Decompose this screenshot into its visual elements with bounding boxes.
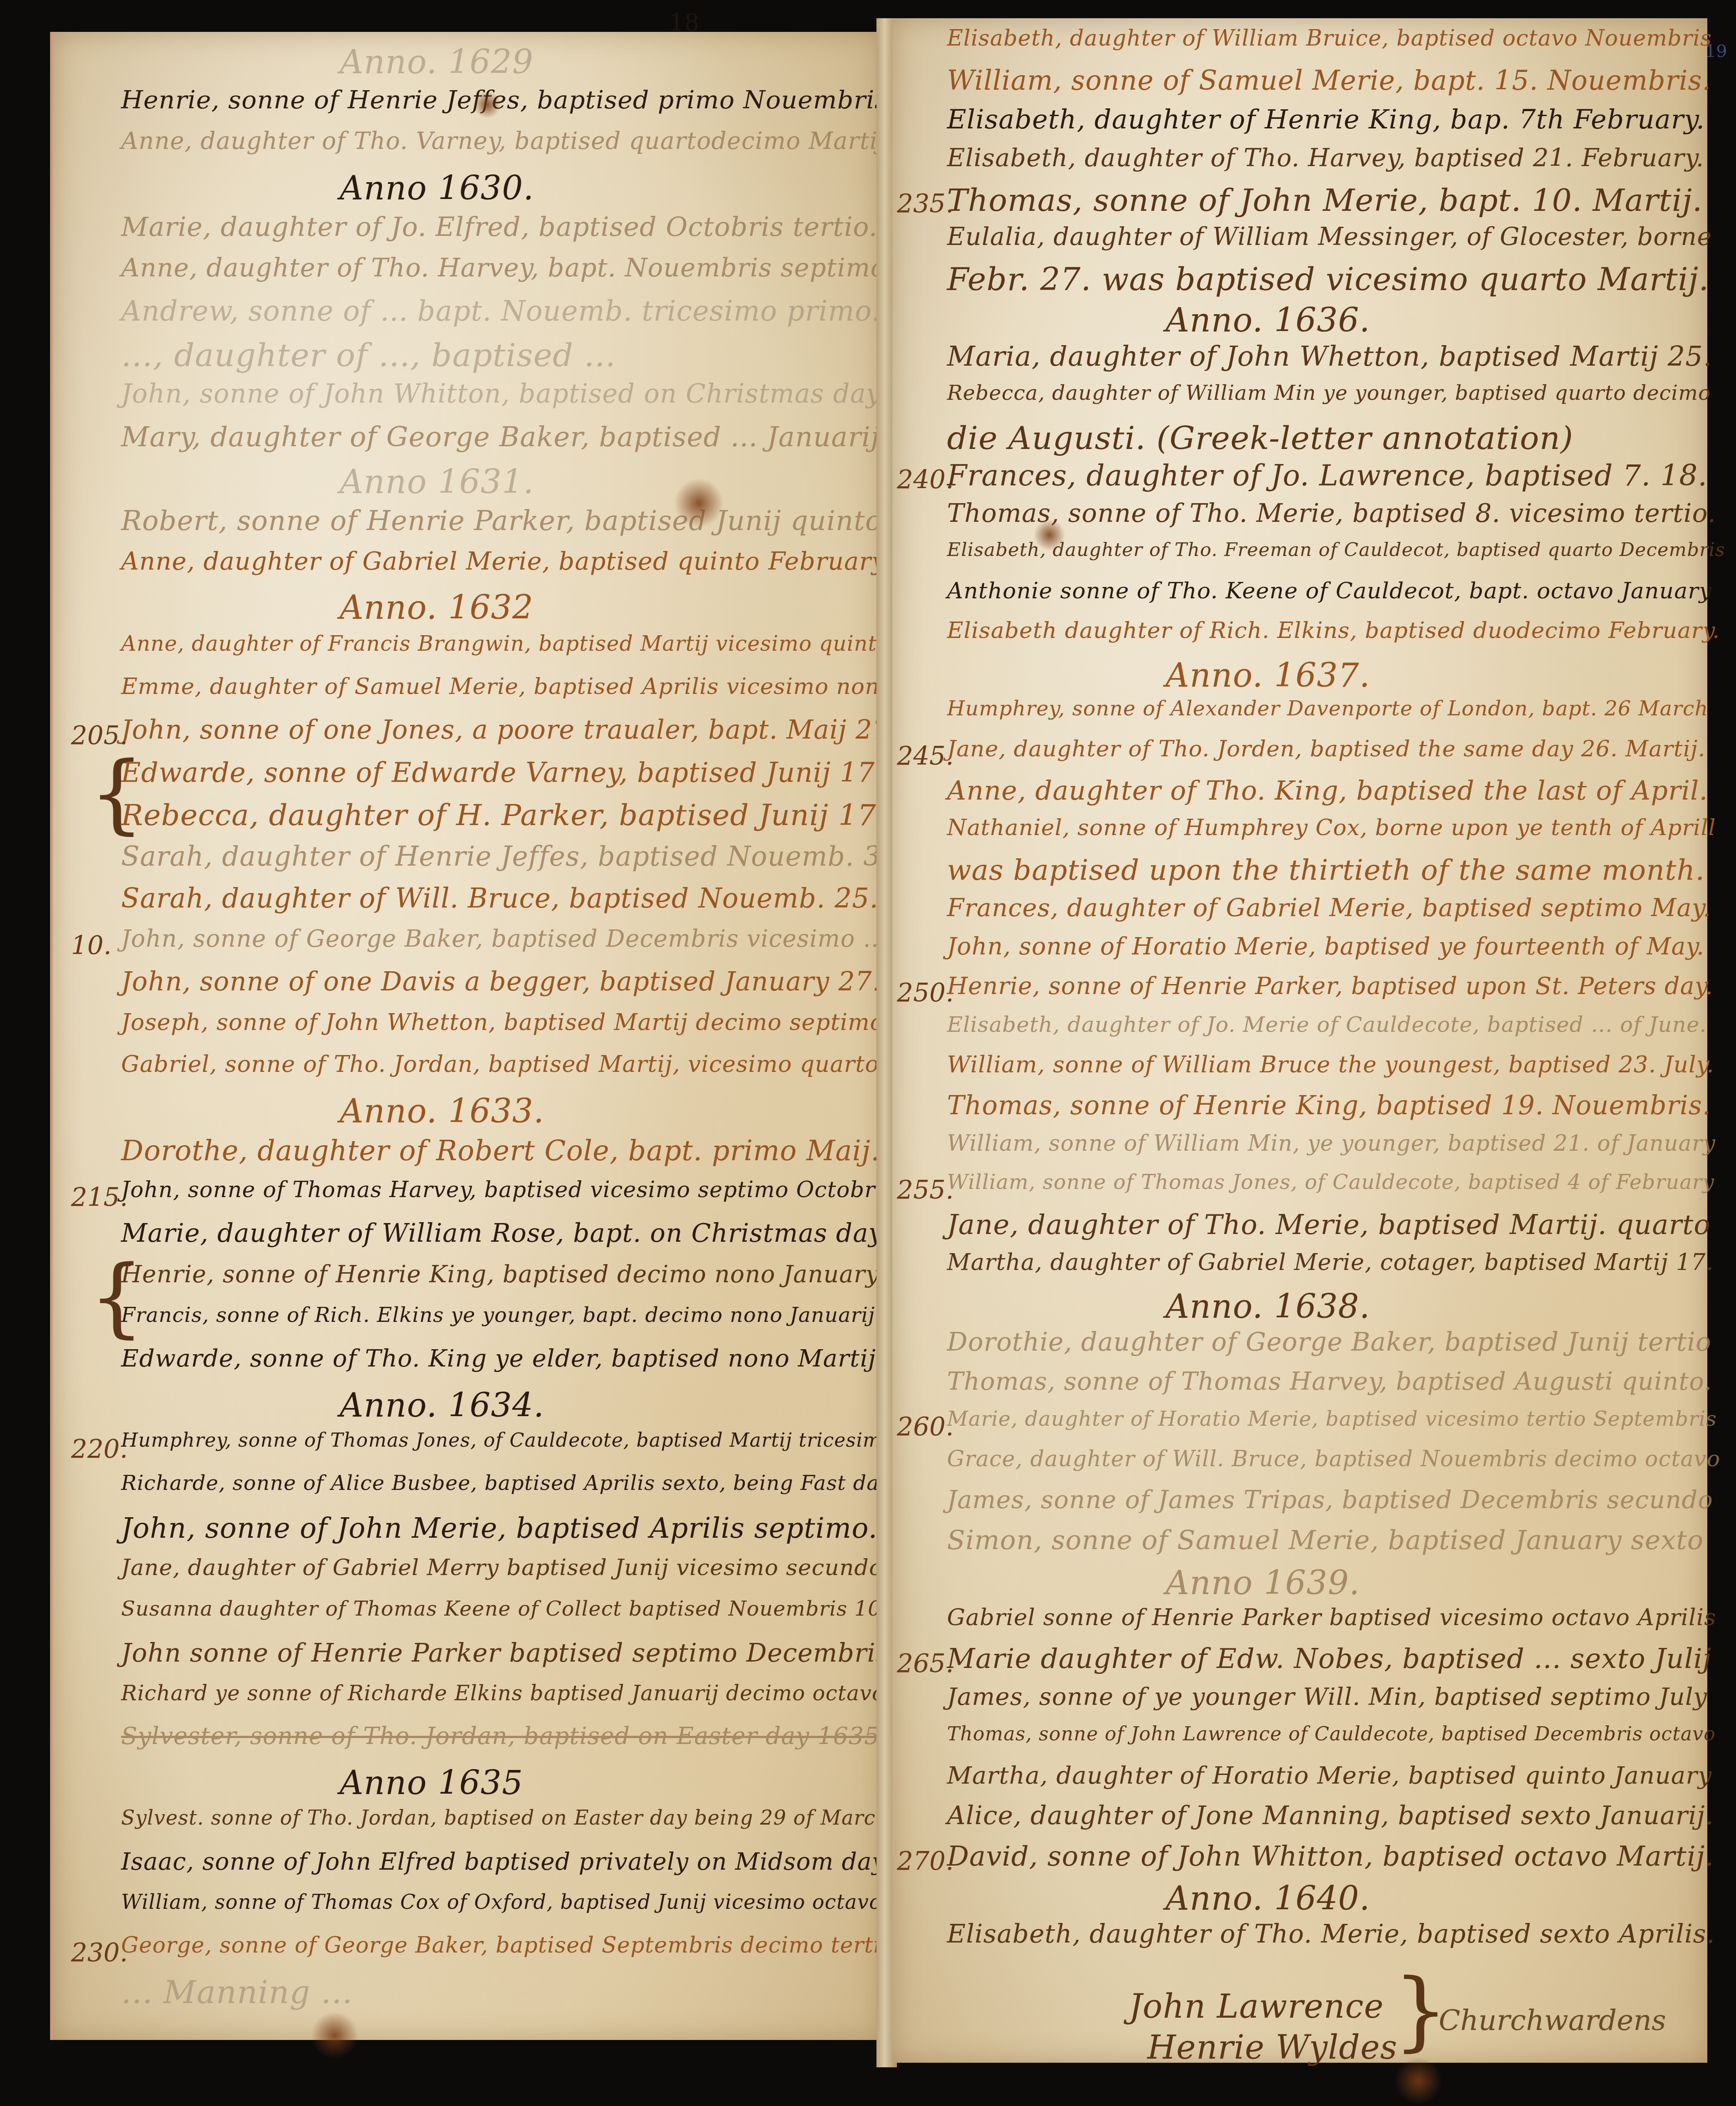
baptism-entry: Humphrey, sonne of Alexander Davenporte …: [947, 698, 1708, 719]
baptism-entry: Henrie, sonne of Henrie Parker, baptised…: [947, 974, 1713, 998]
baptism-entry: Anne, daughter of Tho. King, baptised th…: [947, 777, 1708, 804]
baptism-entry: Francis, sonne of Rich. Elkins ye younge…: [121, 1305, 882, 1325]
baptism-entry: Eulalia, daughter of William Messinger, …: [947, 224, 1712, 249]
baptism-entry: Dorothe, daughter of Robert Cole, bapt. …: [121, 1137, 880, 1165]
baptism-entry: Thomas, sonne of Henrie King, baptised 1…: [947, 1093, 1711, 1119]
baptism-entry: Edwarde, sonne of Tho. King ye elder, ba…: [121, 1346, 884, 1371]
margin-count: 235.: [897, 189, 954, 219]
year-heading: Anno. 1637.: [1166, 659, 1370, 692]
baptism-entry: Emme, daughter of Samuel Merie, baptised…: [121, 675, 894, 698]
baptism-entry: John, sonne of one Davis a begger, bapti…: [121, 969, 881, 995]
baptism-entry: John, sonne of John Whitton, baptised on…: [121, 381, 886, 407]
baptism-entry: Susanna daughter of Thomas Keene of Coll…: [121, 1598, 881, 1619]
baptism-entry: Frances, daughter of Gabriel Merie, bapt…: [947, 896, 1711, 920]
baptism-entry: Richard ye sonne of Richarde Elkins bapt…: [121, 1683, 885, 1703]
ink-stain: [473, 91, 501, 118]
baptism-entry: Edwarde, sonne of Edwarde Varney, baptis…: [121, 759, 884, 786]
baptism-entry: Elisabeth, daughter of Henrie King, bap.…: [947, 106, 1705, 133]
baptism-entry: John, sonne of Thomas Harvey, baptised v…: [121, 1179, 895, 1201]
baptism-entry: Dorothie, daughter of George Baker, bapt…: [947, 1330, 1711, 1355]
page-number-left: 18: [669, 9, 699, 36]
baptism-entry: Sylvester, sonne of Tho. Jordan, baptise…: [121, 1724, 880, 1748]
baptism-entry: was baptised upon the thirtieth of the s…: [947, 856, 1705, 884]
margin-count: 255.: [897, 1175, 954, 1205]
year-heading: Anno. 1638.: [1166, 1290, 1370, 1323]
baptism-entry: Thomas, sonne of Thomas Harvey, baptised…: [947, 1369, 1712, 1394]
baptism-entry: John, sonne of John Merie, baptised Apri…: [121, 1514, 878, 1542]
left-page-entries: Anno. 1629Henrie, sonne of Henrie Jeffes…: [53, 32, 881, 2040]
year-heading: Anno. 1636.: [1166, 304, 1370, 337]
baptism-entry: Maria, daughter of John Whetton, baptise…: [947, 343, 1712, 370]
baptism-entry: Gabriel sonne of Henrie Parker baptised …: [947, 1606, 1716, 1629]
ink-stain: [1033, 519, 1065, 551]
baptism-entry: Marie, daughter of William Rose, bapt. o…: [121, 1221, 889, 1246]
year-heading: Anno 1630.: [340, 172, 534, 204]
baptism-entry: Elisabeth daughter of Rich. Elkins, bapt…: [947, 619, 1720, 642]
baptism-entry: Sarah, daughter of Henrie Jeffes, baptis…: [121, 843, 890, 870]
baptism-entry: John, sonne of one Jones, a poore traual…: [121, 717, 890, 743]
baptism-entry: Martha, daughter of Gabriel Merie, cotag…: [947, 1251, 1714, 1274]
ink-stain: [674, 478, 724, 528]
baptism-entry: Sylvest. sonne of Tho. Jordan, baptised …: [121, 1808, 889, 1828]
year-heading: Anno 1639.: [1166, 1566, 1360, 1599]
baptism-entry: James, sonne of James Tripas, baptised D…: [947, 1488, 1713, 1512]
baptism-entry: James, sonne of ye younger Will. Min, ba…: [947, 1685, 1707, 1709]
page-number-right: 19: [1705, 41, 1727, 61]
year-heading: Anno 1631.: [340, 465, 534, 498]
entry-bracket: {: [89, 1254, 144, 1340]
year-heading: Anno. 1640.: [1166, 1882, 1370, 1915]
signature-2: Henrie Wyldes: [1147, 2031, 1397, 2064]
baptism-entry: Elisabeth, daughter of Tho. Freeman of C…: [947, 541, 1725, 559]
baptism-entry: Thomas, sonne of John Lawrence of Caulde…: [947, 1724, 1716, 1744]
margin-count: 230.: [71, 1938, 128, 1968]
baptism-entry: George, sonne of George Baker, baptised …: [121, 1934, 895, 1956]
baptism-entry: Henrie, sonne of Henrie King, baptised d…: [121, 1263, 880, 1286]
year-heading: Anno. 1633.: [340, 1095, 545, 1127]
register-spread: Anno. 1629Henrie, sonne of Henrie Jeffes…: [0, 0, 1736, 2106]
baptism-entry: ... Manning ...: [121, 1976, 353, 2008]
year-heading: Anno. 1634.: [340, 1389, 545, 1422]
year-heading: Anno. 1632: [340, 591, 534, 624]
baptism-entry: Simon, sonne of Samuel Merie, baptised J…: [947, 1527, 1704, 1553]
baptism-entry: Robert, sonne of Henrie Parker, baptised…: [121, 507, 882, 535]
margin-count: 220.: [71, 1434, 128, 1464]
baptism-entry: Richarde, sonne of Alice Busbee, baptise…: [121, 1473, 891, 1493]
baptism-entry: Henrie, sonne of Henrie Jeffes, baptised…: [121, 87, 888, 112]
margin-count: 270.: [897, 1846, 954, 1876]
baptism-entry: Anne, daughter of Francis Brangwin, bapt…: [121, 633, 890, 654]
baptism-entry: Humphrey, sonne of Thomas Jones, of Caul…: [121, 1431, 893, 1450]
baptism-entry: William, sonne of William Bruce the youn…: [947, 1053, 1714, 1076]
baptism-entry: Andrew, sonne of ... bapt. Nouemb. trice…: [121, 297, 881, 325]
year-heading: Anno. 1629: [340, 46, 534, 78]
baptism-entry: Anthonie sonne of Tho. Keene of Cauldeco…: [947, 580, 1712, 602]
baptism-entry: Elisabeth, daughter of Tho. Merie, bapti…: [947, 1922, 1715, 1947]
margin-count: 265.: [897, 1649, 954, 1678]
baptism-entry: Alice, daughter of Jone Manning, baptise…: [947, 1803, 1714, 1829]
left-page: Anno. 1629Henrie, sonne of Henrie Jeffes…: [50, 32, 881, 2040]
baptism-entry: die Augusti. (Greek-letter annotation): [947, 422, 1573, 454]
ink-stain: [310, 2013, 360, 2058]
baptism-entry: Isaac, sonne of John Elfred baptised pri…: [121, 1850, 886, 1874]
margin-count: 250.: [897, 978, 954, 1008]
baptism-entry: Elisabeth, daughter of Jo. Merie of Caul…: [947, 1014, 1707, 1035]
baptism-entry: Nathaniel, sonne of Humphrey Cox, borne …: [947, 816, 1716, 839]
baptism-entry: William, sonne of Thomas Cox of Oxford, …: [121, 1892, 881, 1912]
baptism-entry: Grace, daughter of Will. Bruce, baptised…: [947, 1448, 1721, 1470]
baptism-entry: Anne, daughter of Tho. Harvey, bapt. Nou…: [121, 255, 886, 281]
baptism-entry: Elisabeth, daughter of William Bruice, b…: [947, 27, 1712, 49]
right-page-entries: Elisabeth, daughter of William Bruice, b…: [892, 18, 1707, 2063]
signature-1: John Lawrence: [1129, 1990, 1384, 2023]
baptism-entry: Frances, daughter of Jo. Lawrence, bapti…: [947, 461, 1707, 490]
ink-stain: [1393, 2058, 1443, 2104]
baptism-entry: Jane, daughter of Gabriel Merry baptised…: [121, 1556, 883, 1579]
baptism-entry: ..., daughter of ..., baptised ...: [121, 339, 616, 371]
baptism-entry: Thomas, sonne of Tho. Merie, baptised 8.…: [947, 501, 1716, 526]
baptism-entry: Mary, daughter of George Baker, baptised…: [121, 423, 880, 451]
year-heading: Anno 1635: [340, 1766, 523, 1799]
baptism-entry: Elisabeth, daughter of Tho. Harvey, bapt…: [947, 146, 1704, 170]
baptism-entry: Febr. 27. was baptised vicesimo quarto M…: [947, 264, 1709, 296]
baptism-entry: Rebecca, daughter of H. Parker, baptised…: [121, 801, 886, 830]
margin-count: 10.: [71, 931, 112, 960]
baptism-entry: Marie daughter of Edw. Nobes, baptised .…: [947, 1645, 1711, 1673]
baptism-entry: John, sonne of George Baker, baptised De…: [121, 927, 887, 951]
baptism-entry: Anne, daughter of Tho. Varney, baptised …: [121, 129, 886, 153]
baptism-entry: William, sonne of Thomas Jones, of Cauld…: [947, 1172, 1715, 1192]
baptism-entry: William, sonne of William Min, ye younge…: [947, 1132, 1716, 1154]
margin-count: 260.: [897, 1412, 954, 1442]
baptism-entry: Joseph, sonne of John Whetton, baptised …: [121, 1011, 891, 1034]
baptism-entry: Rebecca, daughter of William Min ye youn…: [947, 382, 1711, 403]
baptism-entry: John, sonne of Horatio Merie, baptised y…: [947, 935, 1705, 959]
baptism-entry: Marie, daughter of Jo. Elfred, baptised …: [121, 214, 878, 240]
baptism-entry: Martha, daughter of Horatio Merie, bapti…: [947, 1764, 1712, 1788]
baptism-entry: John sonne of Henrie Parker baptised sep…: [121, 1641, 889, 1666]
margin-count: 215.: [71, 1183, 128, 1212]
baptism-entry: Jane, daughter of Tho. Jorden, baptised …: [947, 738, 1705, 760]
baptism-entry: Marie, daughter of Horatio Merie, baptis…: [947, 1408, 1717, 1429]
right-page: Elisabeth, daughter of William Bruice, b…: [892, 18, 1707, 2063]
baptism-entry: Thomas, sonne of John Merie, bapt. 10. M…: [947, 185, 1703, 216]
baptism-entry: Anne, daughter of Gabriel Merie, baptise…: [121, 549, 886, 574]
margin-count: 245.: [897, 741, 954, 771]
baptism-entry: Sarah, daughter of Will. Bruce, baptised…: [121, 885, 879, 912]
baptism-entry: David, sonne of John Whitton, baptised o…: [947, 1843, 1714, 1870]
margin-count: 240.: [897, 465, 954, 495]
baptism-entry: Jane, daughter of Tho. Merie, baptised M…: [947, 1211, 1711, 1239]
signature-caption: Churchwardens: [1439, 2004, 1666, 2037]
baptism-entry: William, sonne of Samuel Merie, bapt. 15…: [947, 67, 1711, 94]
baptism-entry: Gabriel, sonne of Tho. Jordan, baptised …: [121, 1053, 879, 1076]
